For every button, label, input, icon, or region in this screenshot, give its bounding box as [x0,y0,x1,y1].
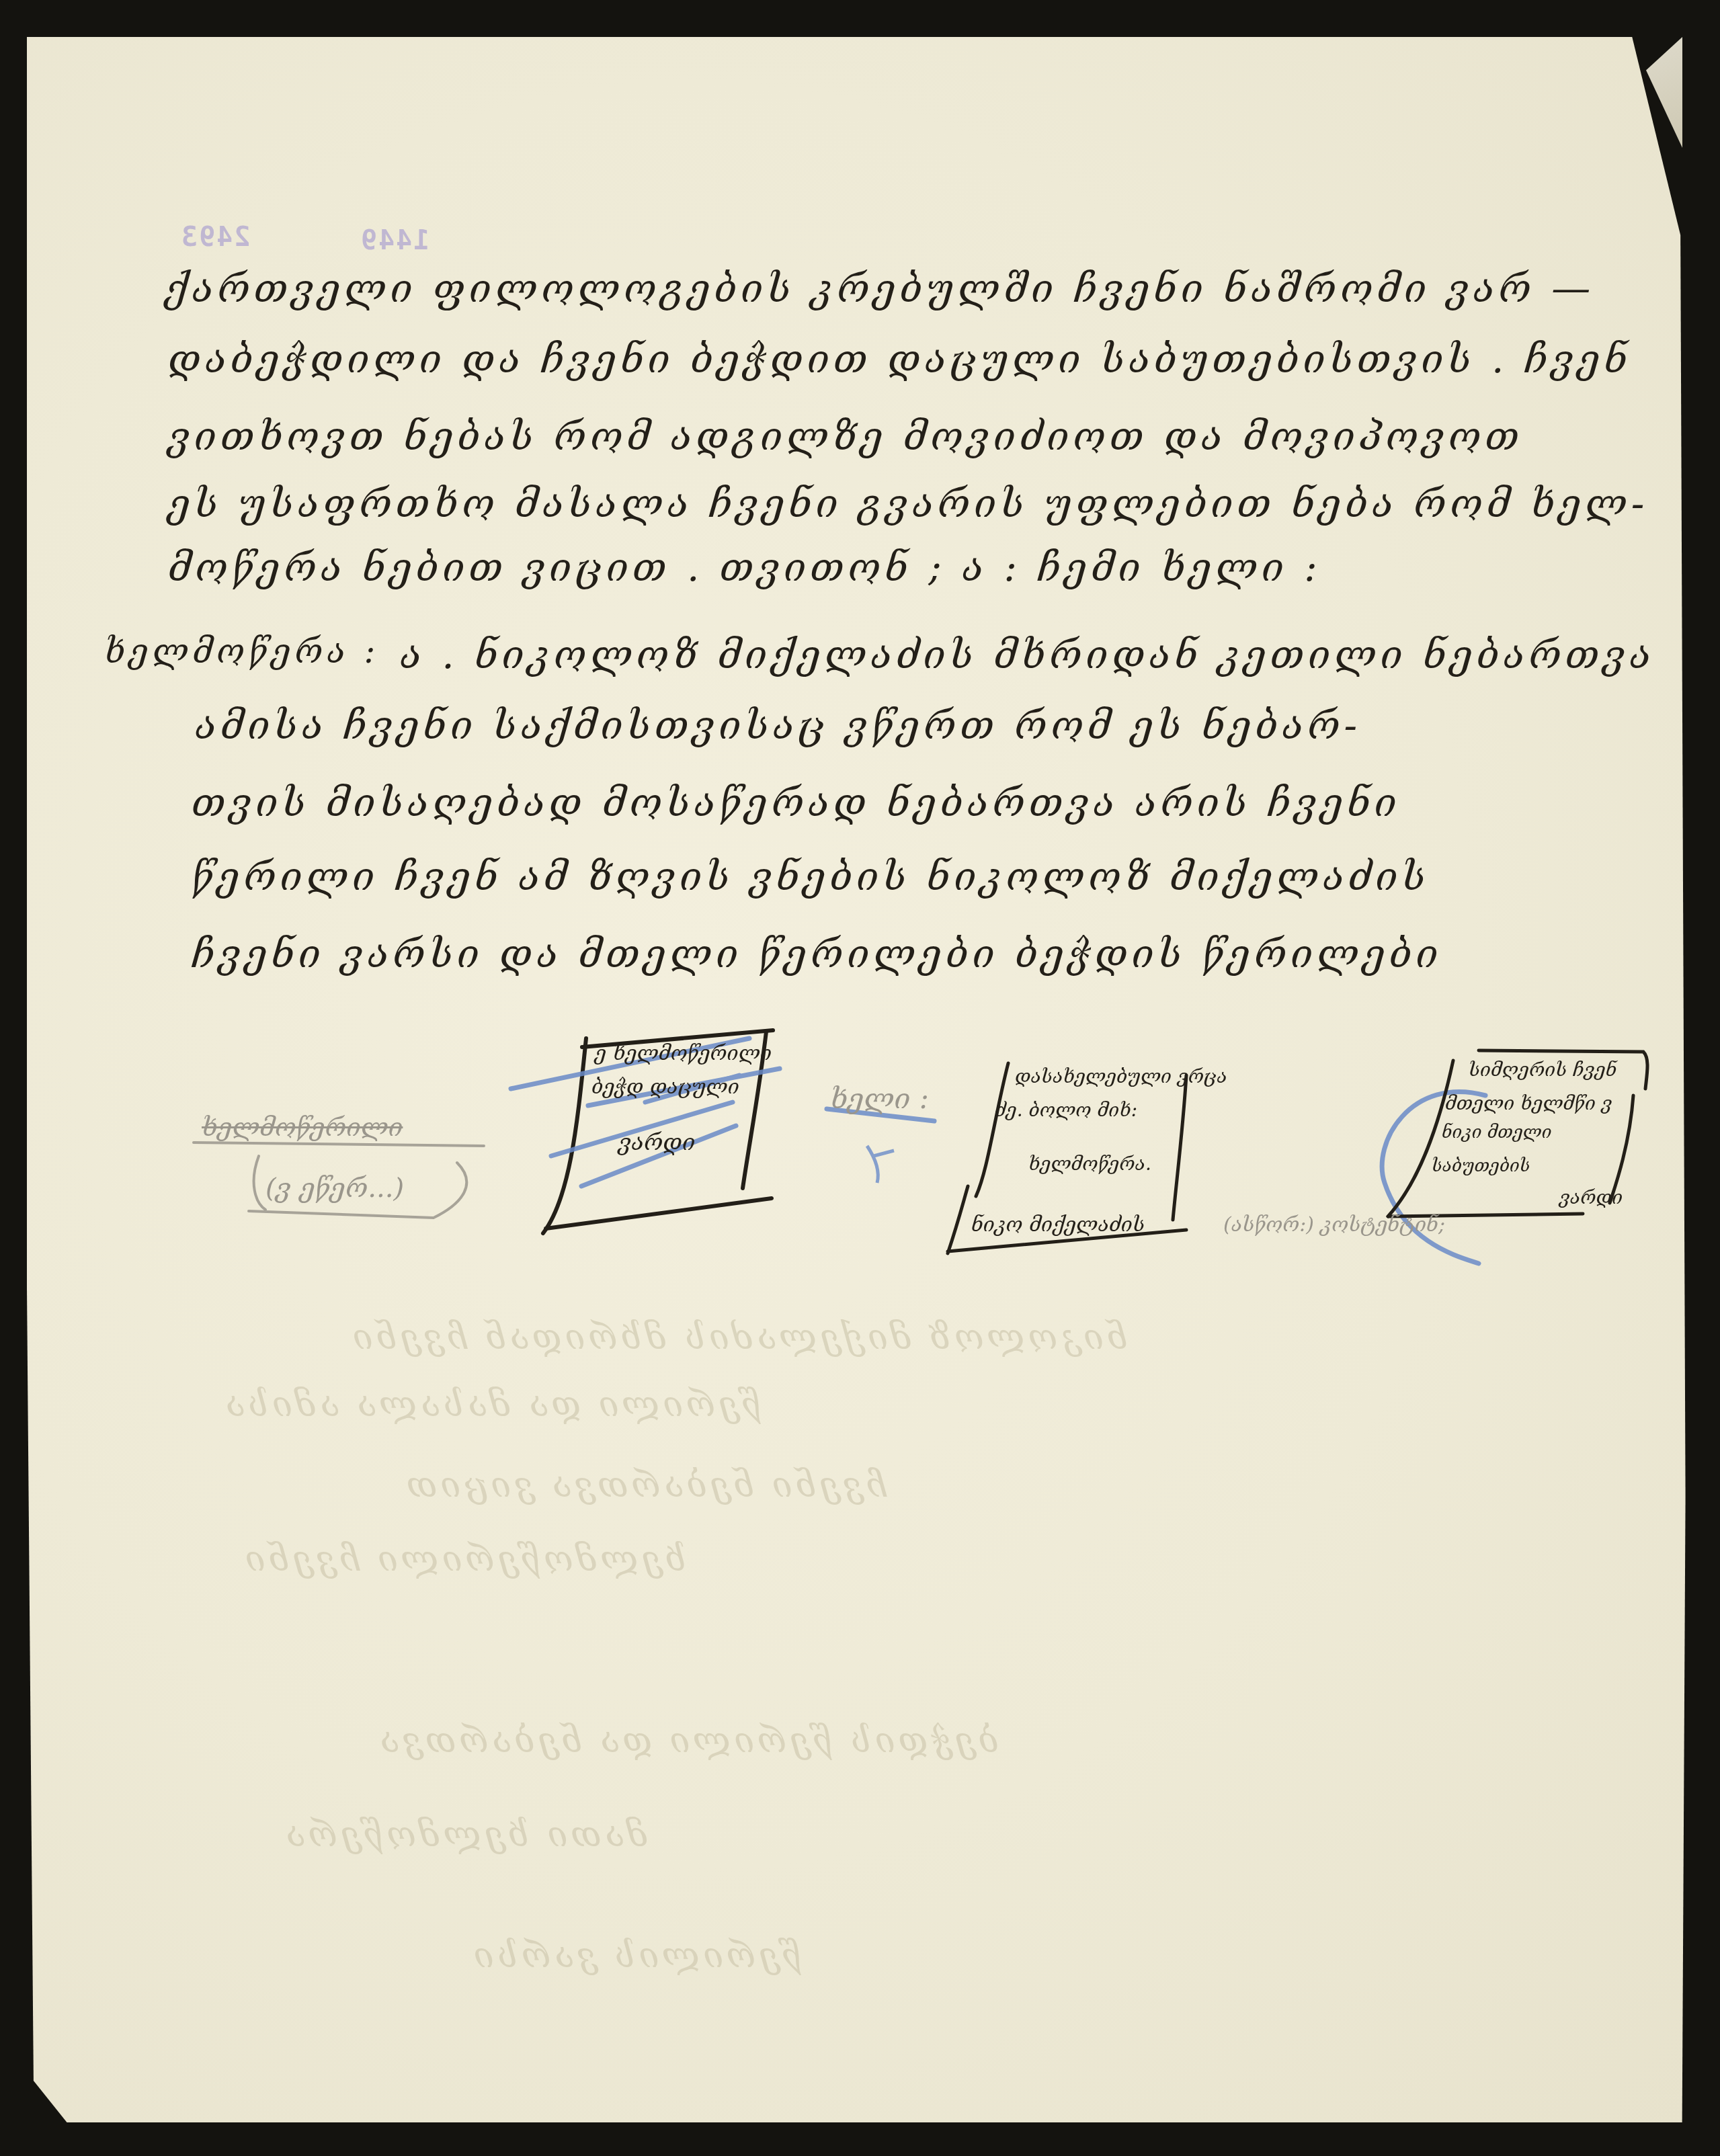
box-line: სიმღერის ჩვენ [1469,1059,1616,1081]
signature-box-frames [0,0,1720,2156]
margin-note: ხელი : [830,1082,929,1115]
box-line: საბუთების [1432,1156,1530,1176]
box-line: ძე. ბოლო მიხ: [995,1099,1137,1121]
box-line: ხელმოწერა. [1028,1153,1151,1175]
box-line: ვარდი [618,1129,695,1156]
box-line: მთელი ხელმწი ვ [1445,1092,1612,1114]
margin-note: ხელმოწერილი [202,1112,403,1142]
box-line: ნიკი მთელი [1442,1122,1552,1143]
margin-note: (ვ ეწერ...) [265,1173,404,1204]
box-line: ნიკო მიქელაძის [971,1213,1145,1237]
box-line: ვარდი [1559,1186,1623,1208]
margin-note: (ასწორ:) კოსტენტინ; [1223,1213,1445,1237]
box-line: დასახელებული ვრცა [1015,1065,1227,1087]
box-line: ე ხელმოწერილი [595,1042,772,1065]
blue-mark [867,1146,894,1183]
box-line: ბეჭდ დაცული [591,1075,739,1099]
